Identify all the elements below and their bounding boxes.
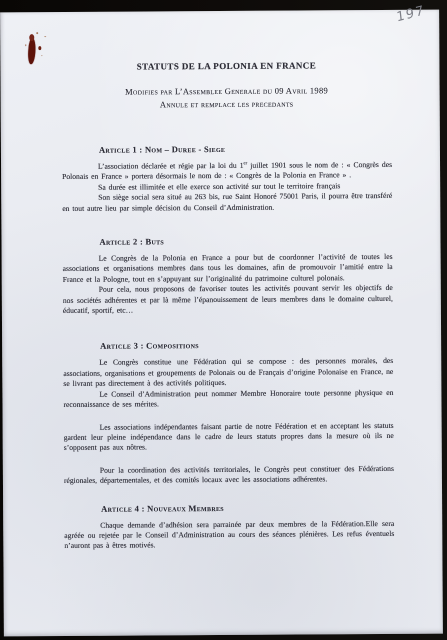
article-1-heading: Article 1 : Nom – Duree - Siege (99, 142, 392, 156)
paragraph: Son siège social sera situé au 263 bis, … (62, 191, 392, 214)
document-subtitle: Modifies par L’Assemblee Generale du 09 … (62, 84, 392, 111)
article-4-body: Chaque demande d’adhésion sera parrainée… (64, 518, 394, 551)
document-page: 197 STATUTS DE LA POLONIA EN FRANCE Modi… (0, 10, 443, 637)
document-title: STATUTS DE LA POLONIA EN FRANCE (61, 60, 391, 73)
article-2-heading: Article 2 : Buts (99, 234, 392, 248)
article-4-heading: Article 4 : Nouveaux Membres (101, 500, 394, 514)
paragraph-text: L’association déclarée et régie par la l… (98, 161, 244, 171)
ink-stain-speckle (44, 36, 46, 37)
subtitle-line-2: Annule et remplace les precedants (62, 96, 392, 111)
ink-stain-blob (29, 34, 34, 41)
scanned-document-screenshot: { "scan": { "page_number_annotation": "1… (0, 0, 447, 640)
paragraph: Le Conseil d’Administration peut nommer … (63, 388, 393, 411)
article-1-body: L’association déclarée et régie par la l… (62, 160, 392, 214)
ink-stain (24, 30, 54, 75)
paragraph: L’association déclarée et régie par la l… (62, 160, 392, 183)
paragraph: Chaque demande d’adhésion sera parrainée… (64, 518, 394, 551)
ink-stain-dot (38, 46, 41, 50)
article-3-body: Le Congrès constitue une Fédération qui … (63, 356, 394, 486)
ink-stain-blob (28, 38, 37, 64)
ink-stain-speckle (36, 32, 38, 34)
ink-stain-speckle (25, 44, 26, 46)
paragraph: Pour la coordination des activités terri… (64, 464, 394, 487)
ink-stain-speckle (41, 55, 42, 56)
paragraph: Le Congrès constitue une Fédération qui … (63, 356, 393, 389)
article-2-body: Le Congrès de la Polonia en France a pou… (63, 252, 393, 316)
article-3-heading: Article 3 : Compositions (100, 338, 393, 352)
paragraph: Les associations indépendantes faisant p… (64, 420, 394, 453)
paragraph: Pour cela, nous proposons de favoriser t… (63, 283, 393, 316)
paragraph: Le Congrès de la Polonia en France a pou… (63, 252, 393, 285)
